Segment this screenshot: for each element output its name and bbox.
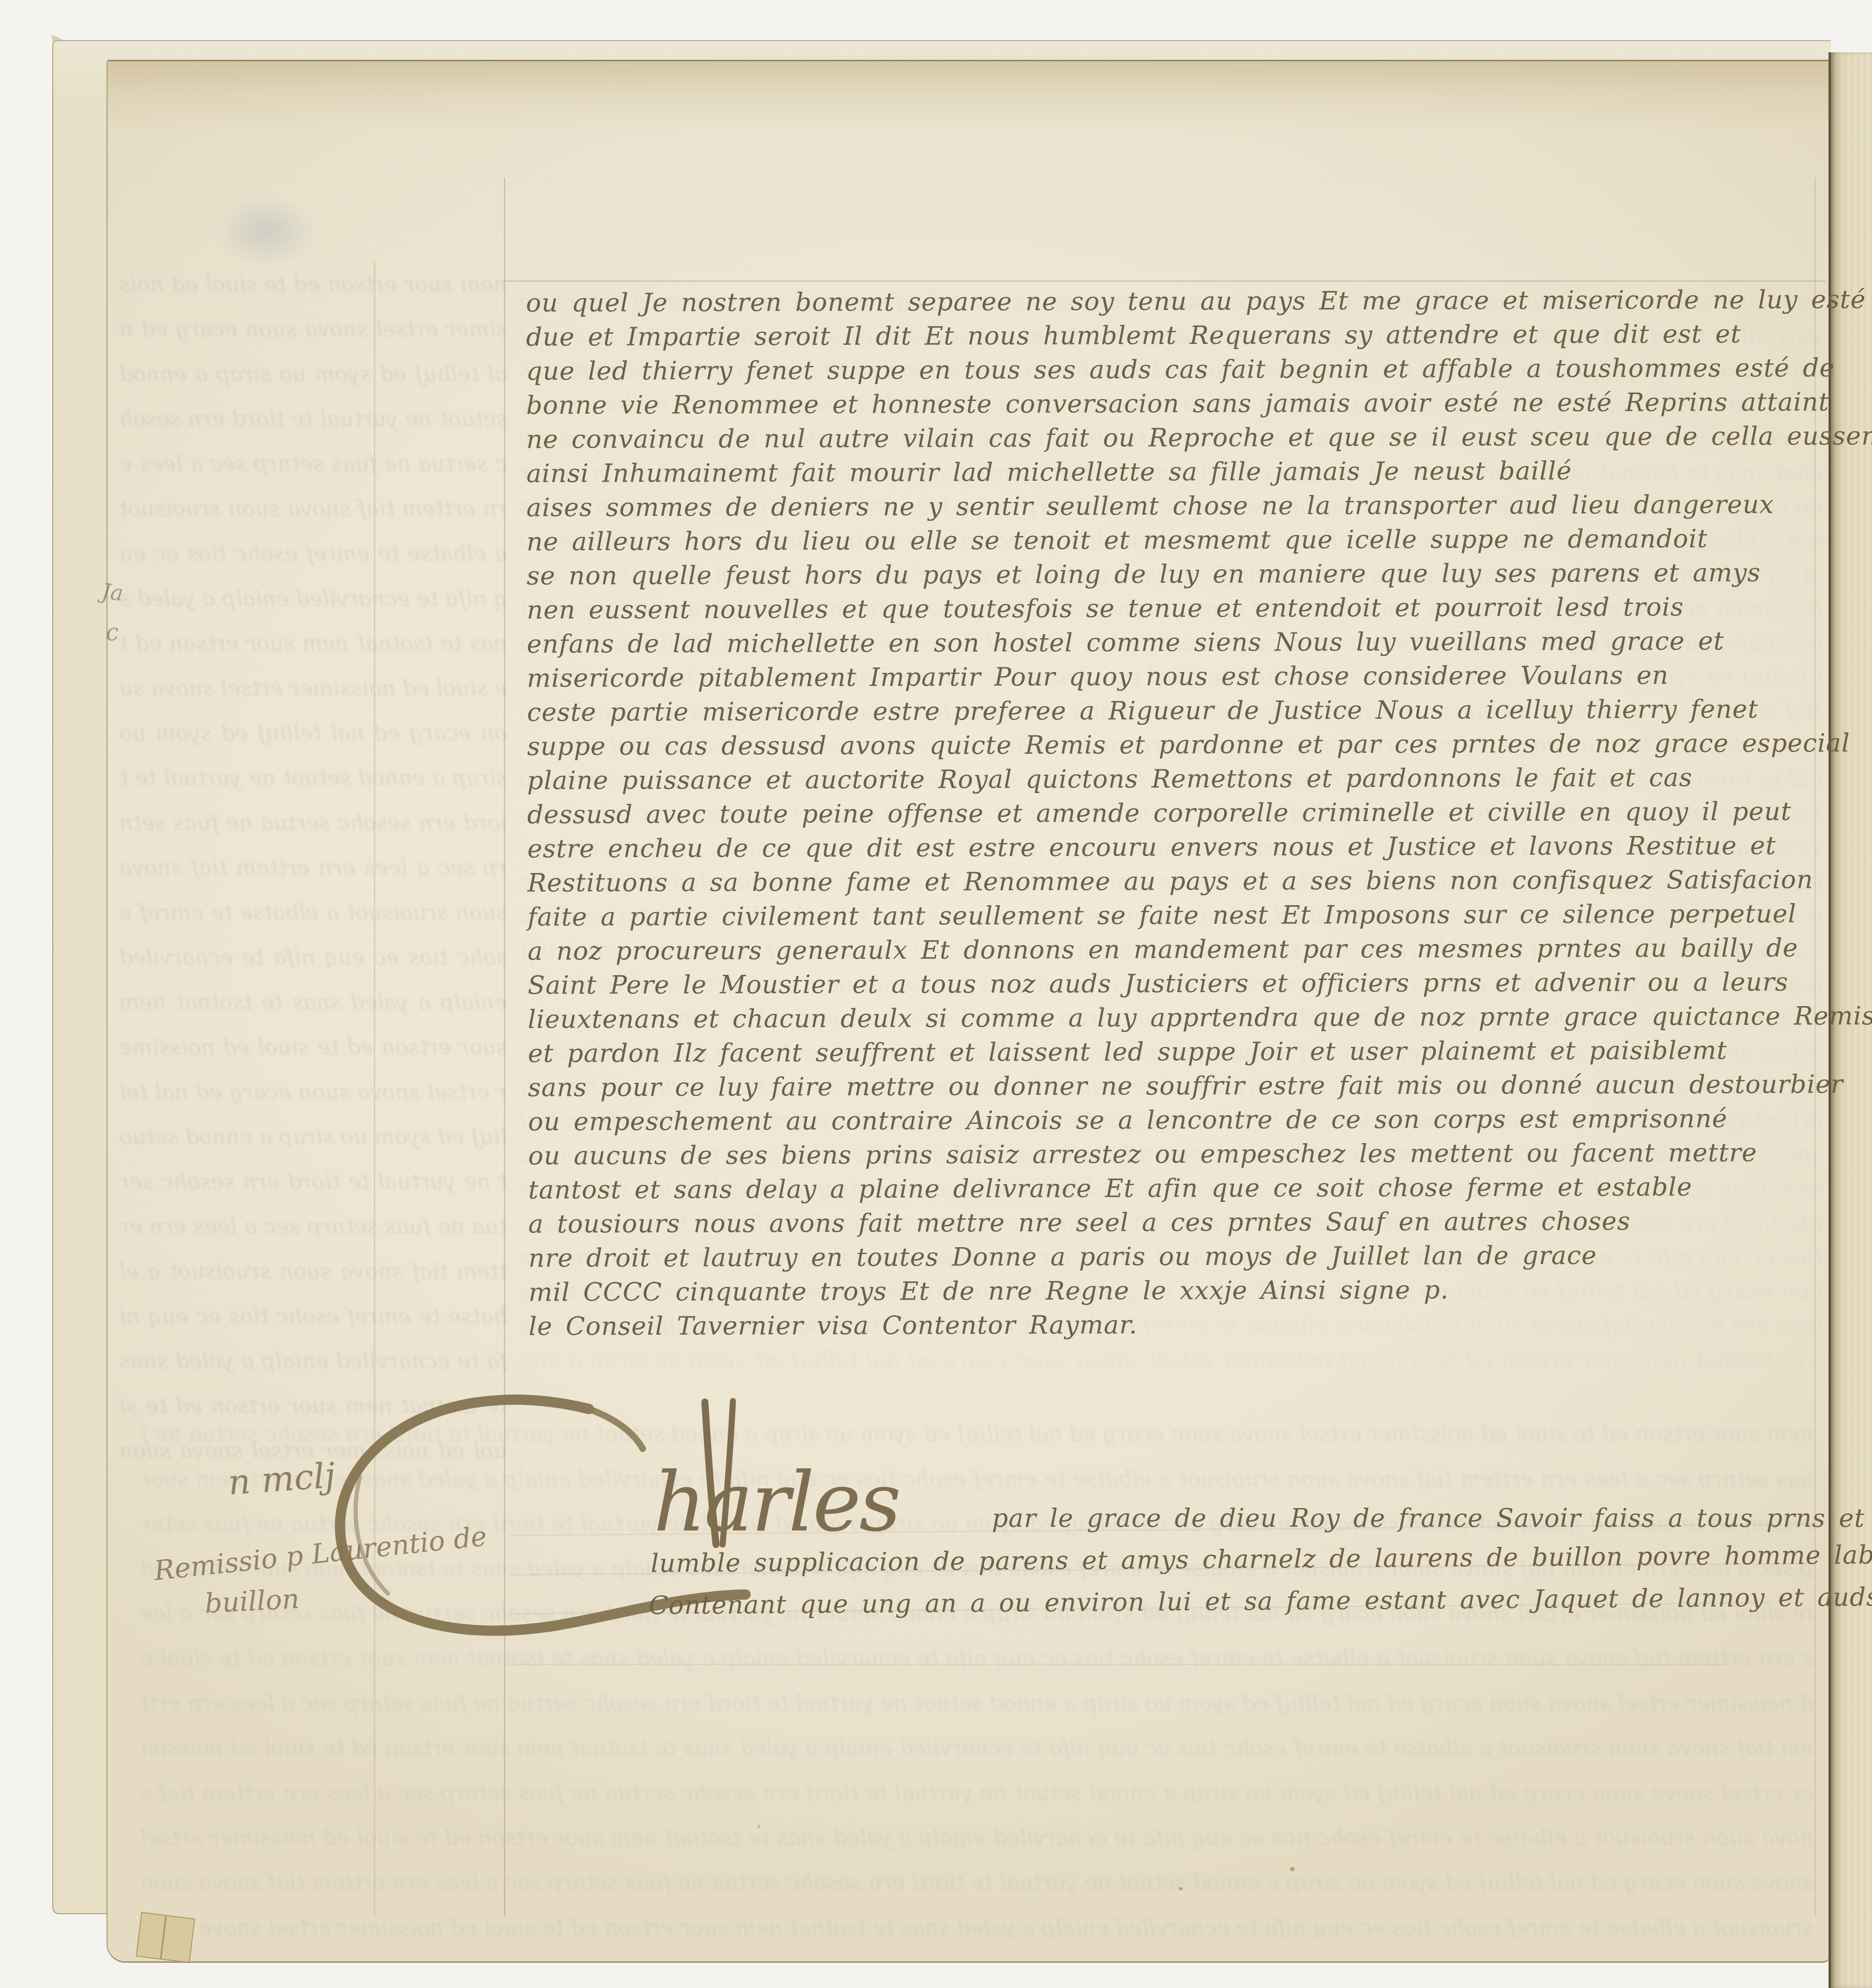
text-line: le Conseil Tavernier visa Contentor Raym… [529,1306,1828,1343]
charles-line-1: par le grace de dieu Roy de france Savoi… [992,1501,1829,1535]
text-line: lieuxtenans et chacun deulx si comme a l… [528,999,1827,1036]
text-line: suppe ou cas dessusd avons quicte Remis … [527,726,1827,763]
text-line: tantost et sans delay a plaine delivranc… [528,1169,1828,1207]
charles-word: harles [653,1462,899,1544]
text-line: a noz procureurs generaulx Et donnons en… [528,930,1827,968]
text-line: ou quel Je nostren bonemt separee ne soy… [526,282,1825,320]
ink-speck-1 [1290,1867,1295,1871]
text-line: enfans de lad michellette en son hostel … [527,623,1826,661]
text-line: dessusd avec toute peine offense et amen… [527,794,1827,831]
ink-smudge-blue [215,196,318,266]
text-line: faite a partie civilement tant seullemen… [527,896,1827,934]
text-line: et pardon Ilz facent seuffrent et laisse… [528,1033,1827,1070]
ink-speck-2 [1179,1887,1183,1890]
text-line: misericorde pitablement Impartir Pour qu… [527,658,1826,695]
text-line: sans pour ce luy faire mettre ou donner … [528,1067,1827,1104]
text-line: nen eussent nouvelles et que toutesfois … [527,589,1826,627]
text-line: estre encheu de ce que dit est estre enc… [527,828,1827,865]
margin-remission-note-line-2: buillon [204,1583,300,1620]
margin-entry-number: n mclj [227,1455,337,1503]
stray-mark-ja: Ja [100,579,124,606]
text-line: ainsi Inhumainemt fait mourir lad michel… [526,453,1826,490]
main-leaf-top-shade [108,61,1829,131]
ink-speck-3 [757,1825,760,1828]
text-line: ne ailleurs hors du lieu ou elle se teno… [526,521,1826,558]
text-line: se non quelle feust hors du pays et loin… [527,555,1826,593]
text-line: a tousiours nous avons fait mettre nre s… [528,1203,1828,1241]
text-line: bonne vie Renommee et honneste conversac… [526,385,1826,422]
stray-mark-c: c [105,618,120,646]
main-text-block: ou quel Je nostren bonemt separee ne soy… [526,282,1828,1343]
text-line: Restituons a sa bonne fame et Renommee a… [527,862,1827,900]
text-line: ne convaincu de nul autre vilain cas fai… [526,419,1826,456]
bleedthrough-left-margin: nem suor ertson ed te siuol ed noissimer… [119,262,507,1458]
text-line: ou empeschement au contraire Aincois se … [528,1101,1828,1138]
text-line: aises sommes de deniers ne y sentir seul… [526,487,1826,524]
text-line: Saint Pere le Moustier et a tous noz aud… [528,965,1827,1002]
text-line: que led thierry fenet suppe en tous ses … [526,350,1825,388]
text-line: ou aucuns de ses biens prins saisiz arre… [528,1135,1828,1173]
text-line: due et Impartie seroit Il dit Et nous hu… [526,316,1825,354]
text-line: plaine puissance et auctorite Royal quic… [527,760,1827,797]
text-line: nre droit et lautruy en toutes Donne a p… [528,1237,1828,1275]
ruling-horizontal-top [505,280,1825,282]
parchment-repair-patch [136,1912,195,1963]
text-line: ceste partie misericorde estre preferee … [527,692,1826,729]
text-line: mil CCCC cinquante troys Et de nre Regne… [529,1272,1828,1309]
